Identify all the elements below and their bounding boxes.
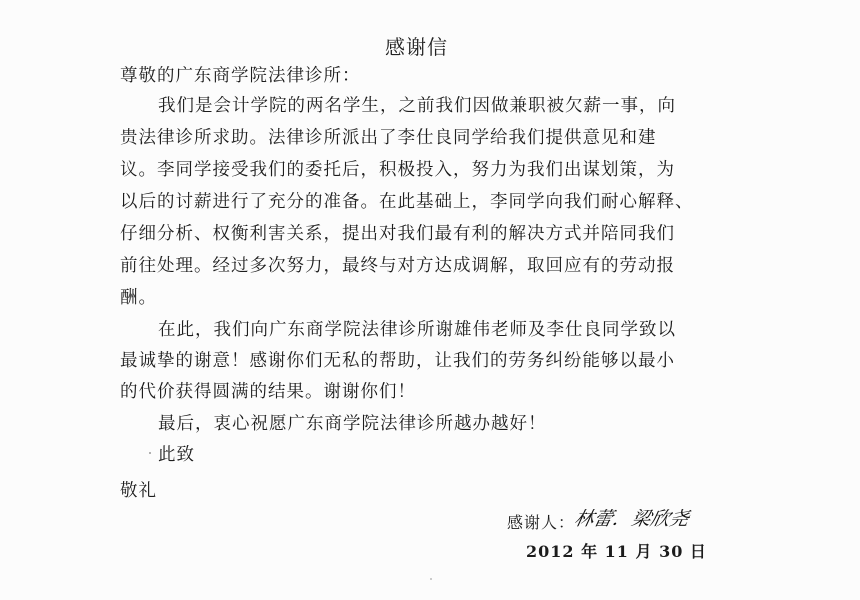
letter-date: 2012 年 11 月 30 日 xyxy=(526,539,707,562)
paragraph-1-line-4: 以后的讨薪进行了充分的准备。在此基础上，李同学向我们耐心解释、 xyxy=(120,192,694,212)
handwritten-signatures: 林蕾．梁欣尧 xyxy=(572,504,692,531)
signer-label: 感谢人： xyxy=(507,510,575,533)
letter-page: 感谢信 尊敬的广东商学院法律诊所： 我们是会计学院的两名学生，之前我们因做兼职被… xyxy=(0,0,860,600)
paragraph-3: 最后，衷心祝愿广东商学院法律诊所越办越好！ xyxy=(158,414,547,434)
paragraph-2-line-3: 的代价获得圆满的结果。谢谢你们！ xyxy=(120,382,416,402)
scan-speck xyxy=(149,452,151,454)
paragraph-2-line-2: 最诚挚的谢意！感谢你们无私的帮助，让我们的劳务纠纷能够以最小 xyxy=(120,351,675,371)
paragraph-2-line-1: 在此，我们向广东商学院法律诊所谢雄伟老师及李仕良同学致以 xyxy=(158,320,676,340)
salutation: 尊敬的广东商学院法律诊所： xyxy=(120,66,361,86)
paragraph-1-line-5: 仔细分析、权衡利害关系，提出对我们最有利的解决方式并陪同我们 xyxy=(120,224,675,244)
paragraph-1-line-3: 议。李同学接受我们的委托后，积极投入，努力为我们出谋划策，为 xyxy=(120,160,675,180)
paragraph-1-line-7: 酬。 xyxy=(120,288,157,308)
paragraph-1-line-6: 前往处理。经过多次努力，最终与对方达成调解，取回应有的劳动报 xyxy=(120,256,675,276)
paragraph-1-line-2: 贵法律诊所求助。法律诊所派出了李仕良同学给我们提供意见和建 xyxy=(120,128,657,148)
paragraph-1-line-1: 我们是会计学院的两名学生，之前我们因做兼职被欠薪一事，向 xyxy=(158,96,676,116)
closing-cizhi: 此致 xyxy=(158,445,195,465)
scan-speck xyxy=(430,578,432,580)
closing-jingli: 敬礼 xyxy=(120,481,157,501)
letter-title: 感谢信 xyxy=(0,31,833,60)
